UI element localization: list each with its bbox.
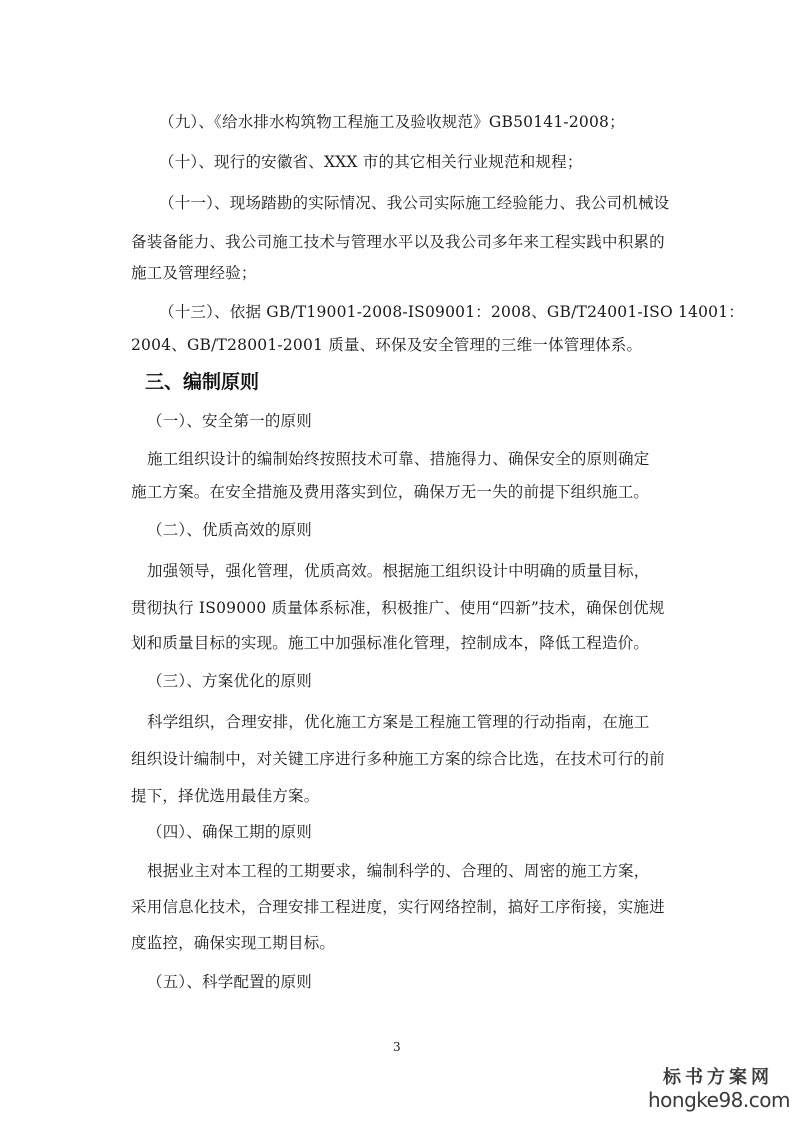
principle-3-line-3: 提下，择优选用最佳方案。 (131, 786, 319, 806)
principle-3-line-1: 科学组织，合理安排，优化施工方案是工程施工管理的行动指南，在施工 (147, 712, 649, 732)
basis-item-9: （九）、《给水排水构筑物工程施工及验收规范》GB50141-2008； (159, 112, 625, 132)
principle-2-line-2: 贯彻执行 IS09000 质量体系标准，积极推广、使用“四新”技术，确保创优规 (131, 598, 665, 618)
basis-item-10: （十）、现行的安徽省、XXX 市的其它相关行业规范和规程； (159, 152, 583, 172)
principle-4-title: （四）、确保工期的原则 (147, 822, 312, 842)
principle-2-line-1: 加强领导，强化管理，优质高效。根据施工组织设计中明确的质量目标， (147, 561, 649, 581)
basis-item-11-line-2: 备装备能力、我公司施工技术与管理水平以及我公司多年来工程实践中积累的 (131, 232, 665, 252)
basis-item-13-line-2: 2004、GB/T28001-2001 质量、环保及安全管理的三维一体管理体系。 (131, 335, 642, 355)
principle-3-title: （三）、方案优化的原则 (147, 671, 312, 691)
watermark-chinese-text: 标书方案网 (648, 1068, 788, 1088)
principle-3-line-2: 组织设计编制中，对关键工序进行多种施工方案的综合比选，在技术可行的前 (131, 749, 665, 769)
principle-2-title: （二）、优质高效的原则 (147, 520, 312, 540)
document-page: （九）、《给水排水构筑物工程施工及验收规范》GB50141-2008； （十）、… (0, 0, 793, 1122)
principle-1-line-1: 施工组织设计的编制始终按照技术可靠、措施得力、确保安全的原则确定 (147, 449, 649, 469)
principle-4-line-1: 根据业主对本工程的工期要求，编制科学的、合理的、周密的施工方案， (147, 861, 649, 881)
watermark-logo: 标书方案网 hongke98.com (648, 1068, 788, 1112)
principle-2-line-3: 划和质量目标的实现。施工中加强标准化管理，控制成本，降低工程造价。 (131, 633, 649, 653)
principle-1-line-2: 施工方案。在安全措施及费用落实到位，确保万无一失的前提下组织施工。 (131, 482, 649, 502)
principle-5-title: （五）、科学配置的原则 (147, 972, 312, 992)
section-heading: 三、编制原则 (145, 370, 259, 394)
watermark-url-text: hongke98.com (648, 1088, 788, 1112)
basis-item-11-line-3: 施工及管理经验； (131, 263, 257, 283)
principle-4-line-2: 采用信息化技术，合理安排工程进度，实行网络控制，搞好工序衔接，实施进 (131, 897, 665, 917)
principle-1-title: （一）、安全第一的原则 (147, 411, 312, 431)
principle-4-line-3: 度监控，确保实现工期目标。 (131, 933, 335, 953)
page-number: 3 (393, 1040, 401, 1054)
basis-item-13-line-1: （十三）、依据 GB/T19001-2008-IS09001：2008、GB/T… (159, 302, 744, 322)
basis-item-11-line-1: （十一）、现场踏勘的实际情况、我公司实际施工经验能力、我公司机械设 (159, 193, 669, 213)
